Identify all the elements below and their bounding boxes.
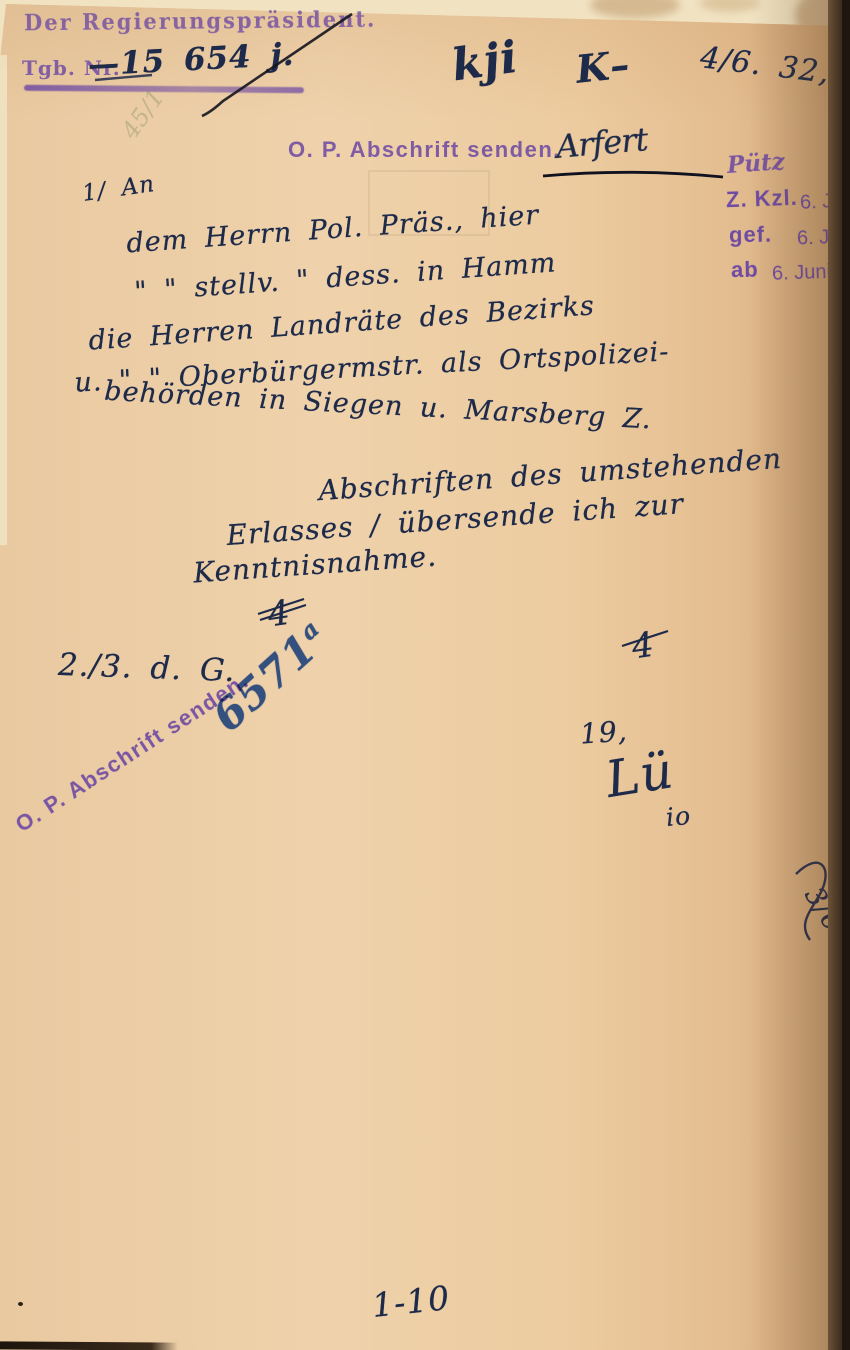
scanned-document: Der Regierungspräsident. Tgb. Nr. —15 65… bbox=[0, 0, 850, 1350]
struck-four-mark: 4 bbox=[629, 625, 657, 668]
page-edge-binding-dark bbox=[842, 0, 850, 1350]
reference-note-handwriting: 2./3. d. G. bbox=[57, 647, 236, 689]
signature-io-handwriting: io bbox=[665, 801, 692, 832]
address-line-handwriting: 1/ An bbox=[81, 171, 157, 207]
signature-lu-handwriting: Lü bbox=[602, 741, 678, 809]
page-range-handwriting: 1-10 bbox=[370, 1278, 452, 1325]
registry-stamp-header: Der Regierungspräsident. bbox=[24, 5, 377, 36]
initial-k-handwriting: K– bbox=[574, 41, 632, 91]
approval-scrawl-handwriting: Arfert bbox=[555, 120, 649, 166]
address-line-handwriting: dem Herrn Pol. Präs., hier bbox=[125, 200, 540, 260]
ink-speck bbox=[18, 1302, 23, 1306]
journal-number-handwriting: —15 654 j. bbox=[87, 37, 295, 84]
copy-order-stamp-diagonal: O. P. Abschrift senden. bbox=[11, 667, 254, 837]
page-edge-left bbox=[0, 55, 7, 545]
page-edge-bottom bbox=[0, 1341, 178, 1350]
registry-stamp-rule bbox=[24, 85, 304, 93]
faint-pencil-note: 45/1 bbox=[116, 84, 170, 144]
number-19-handwriting: 19, bbox=[579, 714, 629, 750]
address-line-handwriting: behörden in Siegen u. Marsberg Z. bbox=[104, 376, 653, 436]
page-edge-binding bbox=[828, 0, 842, 1350]
copy-order-stamp: O. P. Abschrift senden. bbox=[288, 137, 561, 163]
binding-shadow bbox=[750, 0, 830, 1350]
clerk-initials-handwriting: kji bbox=[449, 32, 522, 92]
